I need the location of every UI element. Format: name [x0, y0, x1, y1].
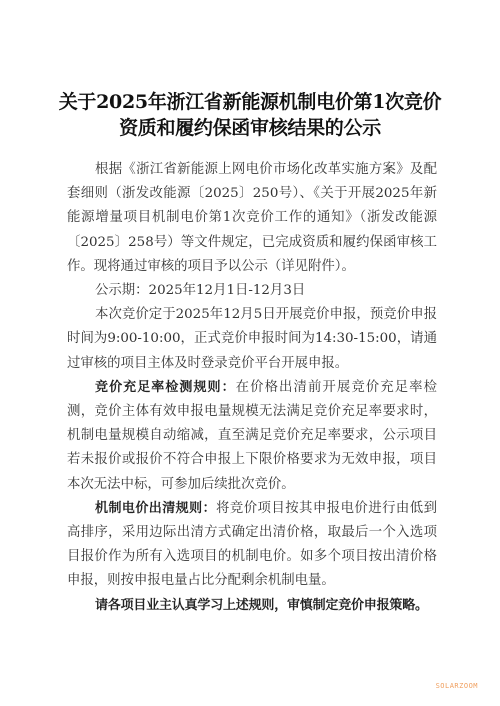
- adequacy-rule-label: 竞价充足率检测规则：: [95, 380, 236, 395]
- publicity-period: 公示期：2025年12月1日-12月3日: [67, 279, 437, 303]
- clearing-rule-label: 机制电价出清规则：: [95, 501, 216, 516]
- watermark-logo: SOLARZOOM: [436, 682, 478, 690]
- intro-paragraph: 根据《浙江省新能源上网电价市场化改革实施方案》及配套细则（浙发改能源〔2025〕…: [67, 158, 437, 279]
- title-line-2: 资质和履约保函审核结果的公示: [30, 115, 470, 141]
- adequacy-rule-paragraph: 竞价充足率检测规则：在价格出清前开展竞价充足率检测，竞价主体有效申报电量规模无法…: [67, 376, 437, 497]
- clearing-rule-paragraph: 机制电价出清规则：将竞价项目按其申报电价进行由低到高排序，采用边际出清方式确定出…: [67, 497, 437, 594]
- closing-paragraph: 请各项目业主认真学习上述规则，审慎制定竞价申报策略。: [67, 594, 437, 618]
- adequacy-rule-text: 在价格出清前开展竞价充足率检测，竞价主体有效申报电量规模无法满足竞价充足率要求时…: [67, 380, 437, 492]
- title-line-1: 关于2025年浙江省新能源机制电价第1次竞价: [30, 89, 470, 115]
- document-body: 根据《浙江省新能源上网电价市场化改革实施方案》及配套细则（浙发改能源〔2025〕…: [67, 158, 437, 618]
- document-title: 关于2025年浙江省新能源机制电价第1次竞价 资质和履约保函审核结果的公示: [30, 89, 470, 141]
- document-page: 关于2025年浙江省新能源机制电价第1次竞价 资质和履约保函审核结果的公示 根据…: [0, 0, 500, 706]
- schedule-paragraph: 本次竞价定于2025年12月5日开展竞价申报，预竞价申报时间为9:00-10:0…: [67, 303, 437, 376]
